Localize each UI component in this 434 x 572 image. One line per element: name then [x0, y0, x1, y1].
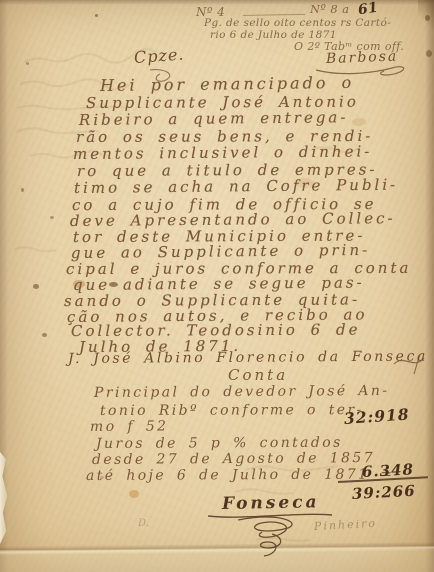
total-value: 39:266	[352, 482, 417, 503]
attestation-signature-line: J. José Albino Florencio da Fonseca	[68, 348, 428, 367]
stain-spot	[42, 333, 47, 337]
account-line: Principal do devedor José An-	[94, 383, 390, 401]
stain-spot	[426, 50, 432, 57]
faint-initial: D.	[138, 518, 149, 529]
stain-spot	[26, 62, 29, 65]
account-title: Conta	[228, 366, 288, 384]
account-line: desde 27 de Agosto de 1857	[92, 450, 375, 468]
stain-spot	[95, 14, 98, 17]
manuscript-page: Nº 4 Nº 8 a 61 Pg. de sello oito centos …	[0, 0, 434, 572]
account-line: mo f 52	[90, 418, 169, 435]
body-line: timo se acha na Cofre Publi-	[74, 176, 398, 197]
body-line: Ribeiro a quem entrega-	[79, 108, 349, 129]
stain-spot	[50, 216, 54, 219]
stain-blotch	[352, 118, 366, 126]
body-line: Hei por emancipado o	[100, 73, 354, 95]
stain-spot	[21, 188, 24, 192]
ref-number-prefix: Nº 8 a	[310, 2, 349, 16]
stain-spot	[33, 284, 39, 289]
attestation-flourish	[392, 350, 428, 378]
stain-blotch	[129, 490, 139, 498]
stamp-note-line1: Pg. de sello oito centos rs Cartó-	[204, 17, 391, 29]
account-line: tonio Ribº conforme o ter-	[100, 402, 364, 419]
stain-spot	[425, 15, 430, 21]
signature-rubric-spiral	[228, 514, 308, 560]
account-line: Juros de 5 p % contados	[96, 435, 343, 452]
ref-number: Nº 8 a 61	[310, 1, 379, 17]
docket-mark: Cpze.	[133, 45, 185, 67]
ref-number-suffix: 61	[357, 0, 380, 18]
